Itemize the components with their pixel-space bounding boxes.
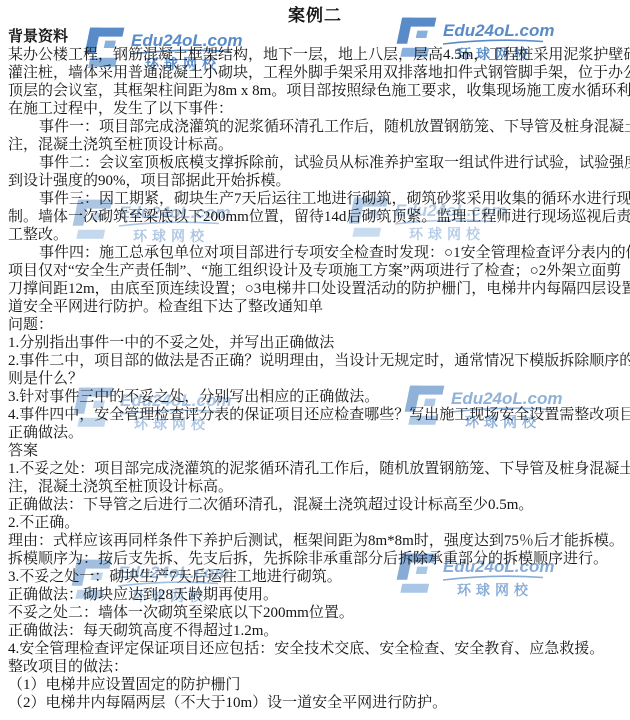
text-line: 4.事件四中，安全管理检查评分表的保证项目还应检查哪些？写出施工现场安全设置需整… [8,406,622,424]
text-line: 工整改。 [8,226,622,244]
text-line: 2.不正确。 [8,514,622,532]
text-line: 不妥之处二：墙体一次砌筑至梁底以下200mm位置。 [8,604,622,622]
text-line: 正确做法。 [8,424,622,442]
page-title: 案例二 [8,4,622,28]
text-line: （1）电梯井应设置固定的防护栅门 [8,676,622,694]
text-line: 注，混凝土浇筑至桩顶设计标高。 [8,136,622,154]
text-line: 则是什么？ [8,370,622,388]
text-line: 顶层的会议室，其框架柱间距为8m x 8m。项目部按照绿色施工要求，收集现场施工… [8,82,622,100]
text-line: 道安全平网进行防护。检查组下达了整改通知单 [8,298,622,316]
text-line: 事件四：施工总承包单位对项目部进行专项安全检查时发现：○1安全管理检查评分表内的… [8,244,622,262]
text-line: 1.分别指出事件一中的不妥之处，并写出正确做法 [8,334,622,352]
text-line: 制。墙体一次砌筑至梁底以下200mm位置，留待14d后砌筑顶紧。监理工程师进行现… [8,208,622,226]
text-line: 刀撑间距12m，由底至顶连续设置；○3电梯井口处设置活动的防护栅门，电梯井内每隔… [8,280,622,298]
text-line: 某办公楼工程，钢筋混凝土框架结构，地下一层，地上八层，层高4.5m，工程桩采用泥… [8,46,622,64]
text-line: （2）电梯井内每隔两层（不大于10m）设一道安全平网进行防护。 [8,694,622,712]
text-line: 问题： [8,316,622,334]
text-line: 3.不妥之处一：砌块生产7天后运往工地进行砌筑。 [8,568,622,586]
text-line: 1.不妥之处：项目部完成浇灌筑的泥浆循环清孔工作后，随机放置钢筋笼、下导管及桩身… [8,460,622,478]
text-line: 背景资料 [8,28,622,46]
text-line: 正确做法：下导管之后进行二次循环清孔，混凝土浇筑超过设计标高至少0.5m。 [8,496,622,514]
text-line: 在施工过程中，发生了以下事件： [8,100,622,118]
text-line: 正确做法：每天砌筑高度不得超过1.2m。 [8,622,622,640]
text-line: 拆模顺序为：按后支先拆、先支后拆，先拆除非承重部分后拆除承重部分的拆模顺序进行。 [8,550,622,568]
text-line: 正确做法：砌块应达到28天龄期再使用。 [8,586,622,604]
text-line: 4.安全管理检查评定保证项目还应包括：安全技术交底、安全检查、安全教育、应急救援… [8,640,622,658]
text-line: 事件三：因工期紧，砌块生产7天后运往工地进行砌筑，砌筑砂浆采用收集的循环水进行现… [8,190,622,208]
text-line: 整改项目的做法： [8,658,622,676]
text-line: 注，混凝土浇筑至桩顶设计标高。 [8,478,622,496]
text-line: 答案 [8,442,622,460]
document-content: 案例二 背景资料某办公楼工程，钢筋混凝土框架结构，地下一层，地上八层，层高4.5… [0,0,630,720]
document-lines: 背景资料某办公楼工程，钢筋混凝土框架结构，地下一层，地上八层，层高4.5m，工程… [8,28,622,712]
text-line: 事件一：项目部完成浇灌筑的泥浆循环清孔工作后，随机放置钢筋笼、下导管及桩身混凝土… [8,118,622,136]
text-line: 2.事件二中，项目部的做法是否正确？说明理由，当设计无规定时，通常情况下模版拆除… [8,352,622,370]
text-line: 灌注桩，墙体采用普通混凝土小砌块，工程外脚手架采用双排落地扣件式钢管脚手架，位于… [8,64,622,82]
text-line: 项目仅对“安全生产责任制”、“施工组织设计及专项施工方案”两项进行了检查；○2外… [8,262,622,280]
scanned-exam-page: Edu24oL.com 环球网校 Edu24oL.com 环球网校 [0,0,630,720]
text-line: 理由：式样应该再同样条件下养护后测试，框架间距为8m*8m时，强度达到75％后才… [8,532,622,550]
text-line: 3.针对事件三中的不妥之处，分别写出相应的正确做法。 [8,388,622,406]
text-line: 到设计强度的90%，项目部据此开始拆模。 [8,172,622,190]
text-line: 事件二：会议室顶板底模支撑拆除前，试验员从标准养护室取一组试件进行试验，试验强度… [8,154,622,172]
